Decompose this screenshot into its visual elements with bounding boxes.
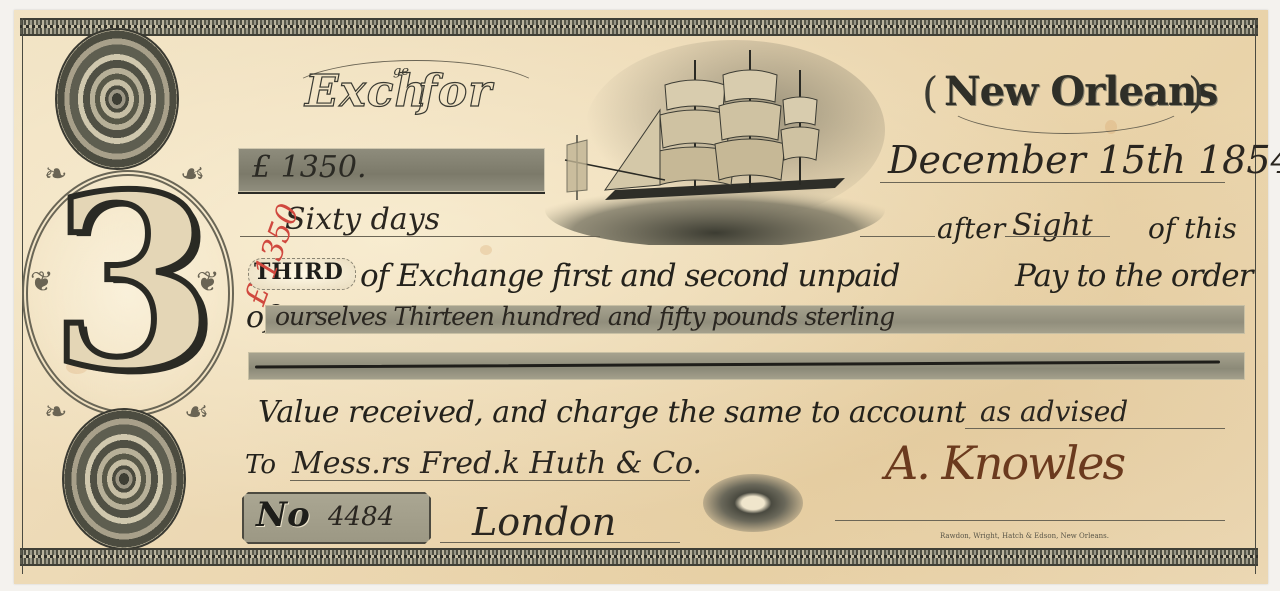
exchange-superscript: ge bbox=[393, 64, 409, 79]
bottom-border-ornament bbox=[20, 548, 1258, 566]
printer-imprint: Rawdon, Wright, Hatch & Edson, New Orlea… bbox=[940, 532, 1109, 540]
issue-date: December 15th 1854 bbox=[888, 138, 1280, 182]
of-this-label: of this bbox=[1148, 212, 1237, 245]
exchange-line: of Exchange first and second unpaid bbox=[360, 258, 899, 294]
pay-to-order-label: Pay to the order bbox=[1015, 258, 1252, 294]
sight-rule bbox=[1005, 236, 1110, 237]
paper-stain bbox=[480, 245, 492, 255]
signature-rule bbox=[835, 520, 1225, 521]
for-title: for bbox=[418, 66, 492, 117]
after-label: after bbox=[937, 212, 1005, 245]
denomination-numeral: 3 bbox=[50, 158, 210, 408]
right-frame-line bbox=[1255, 18, 1256, 574]
leaf-ornament-icon: ❧ bbox=[44, 398, 67, 426]
number-label: No bbox=[256, 495, 310, 535]
top-border-ornament bbox=[20, 18, 1258, 36]
term-rule-right bbox=[860, 236, 935, 237]
exchange-title: Exch bbox=[305, 66, 428, 117]
city-flourish bbox=[940, 62, 1192, 134]
leaf-ornament-icon: ☙ bbox=[180, 160, 205, 188]
scroll-ornament-icon: ❦ bbox=[196, 268, 219, 296]
sight-word: Sight bbox=[1012, 208, 1093, 243]
city-rule bbox=[440, 542, 680, 543]
drawee-rule bbox=[290, 480, 690, 481]
city-left-bracket: ( bbox=[922, 68, 938, 117]
signature: A. Knowles bbox=[885, 436, 1124, 490]
drawee-city: London bbox=[472, 500, 616, 544]
term-text: Sixty days bbox=[285, 202, 440, 237]
to-prefix: To bbox=[245, 450, 276, 480]
leaf-ornament-icon: ☙ bbox=[184, 398, 209, 426]
value-received-line: Value received, and charge the same to a… bbox=[258, 395, 966, 430]
scroll-ornament-icon: ❦ bbox=[30, 268, 53, 296]
drawee-name: Mess.rs Fred.k Huth & Co. bbox=[292, 446, 702, 481]
date-rule bbox=[880, 182, 1225, 183]
ship-vignette-icon bbox=[545, 40, 885, 245]
rosette-bottom-icon bbox=[62, 408, 186, 550]
leaf-ornament-icon: ❧ bbox=[44, 160, 67, 188]
amount-in-words: ourselves Thirteen hundred and fifty pou… bbox=[275, 302, 894, 331]
amount-figure: £ 1350. bbox=[252, 150, 367, 185]
eagle-vignette-icon bbox=[703, 474, 803, 532]
serial-number: 4484 bbox=[328, 502, 394, 532]
advised-rule bbox=[965, 428, 1225, 429]
as-advised: as advised bbox=[980, 395, 1128, 428]
